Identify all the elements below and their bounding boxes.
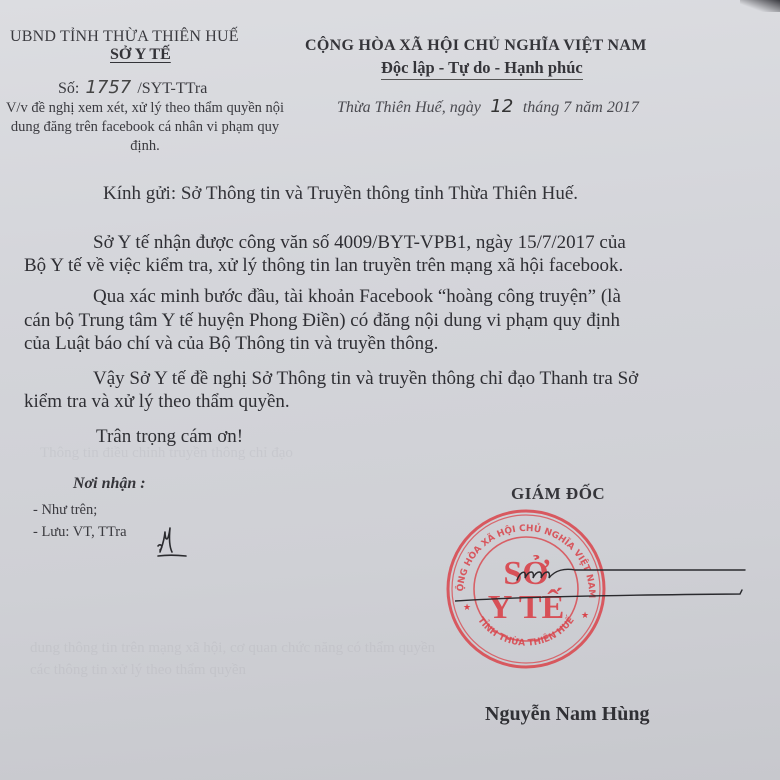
body-paragraph-2-line-3: của Luật báo chí và của Bộ Thông tin và … xyxy=(24,333,438,355)
place-date-prefix: Thừa Thiên Huế, ngày xyxy=(337,99,481,116)
page-corner-shadow xyxy=(740,0,780,12)
closing-line: Trân trọng cám ơn! xyxy=(96,426,243,448)
issuing-organization: SỞ Y TẾ xyxy=(110,46,171,64)
document-number-handwritten: 1757 xyxy=(79,77,137,98)
initial-mark-icon xyxy=(150,522,190,562)
document-number-suffix: /SYT-TTra xyxy=(137,80,207,97)
body-paragraph-2-line-1: Qua xác minh bước đầu, tài khoản Faceboo… xyxy=(93,286,621,308)
place-and-date: Thừa Thiên Huế, ngày 12 tháng 7 năm 2017 xyxy=(337,96,639,117)
body-paragraph-1-line-1: Sở Y tế nhận được công văn số 4009/BYT-V… xyxy=(93,232,626,254)
document-number: Số:1757/SYT-TTra xyxy=(58,77,207,98)
body-paragraph-1-line-2: Bộ Y tế về việc kiểm tra, xử lý thông ti… xyxy=(24,255,623,277)
document-number-label: Số: xyxy=(58,80,79,97)
bleed-through-text: dung thông tin trên mạng xã hội, cơ quan… xyxy=(30,640,435,657)
bleed-through-text: các thông tin xử lý theo thẩm quyền xyxy=(30,662,246,679)
national-motto: Độc lập - Tự do - Hạnh phúc xyxy=(381,58,583,80)
body-paragraph-3-line-2: kiểm tra và xử lý theo thẩm quyền. xyxy=(24,391,290,413)
parent-organization: UBND TỈNH THỪA THIÊN HUẾ xyxy=(10,28,239,46)
recipients-item: - Lưu: VT, TTra xyxy=(33,524,127,541)
body-paragraph-3-line-1: Vậy Sở Y tế đề nghị Sở Thông tin và truy… xyxy=(93,368,638,390)
document-subject: V/v đề nghị xem xét, xử lý theo thẩm quy… xyxy=(0,99,290,156)
handwritten-signature-icon xyxy=(455,560,755,610)
place-date-suffix: tháng 7 năm 2017 xyxy=(523,99,639,116)
signatory-title: GIÁM ĐỐC xyxy=(511,484,605,504)
recipients-item: - Như trên; xyxy=(33,502,97,519)
day-handwritten: 12 xyxy=(485,96,519,117)
svg-text:★: ★ xyxy=(581,610,589,620)
body-paragraph-2-line-2: cán bộ Trung tâm Y tế huyện Phong Điền) … xyxy=(24,310,620,332)
recipients-title: Nơi nhận : xyxy=(73,475,146,493)
signer-name: Nguyễn Nam Hùng xyxy=(485,703,649,726)
national-title: CỘNG HÒA XÃ HỘI CHỦ NGHĨA VIỆT NAM xyxy=(305,37,647,55)
recipient-line: Kính gửi: Sở Thông tin và Truyền thông t… xyxy=(103,183,578,205)
